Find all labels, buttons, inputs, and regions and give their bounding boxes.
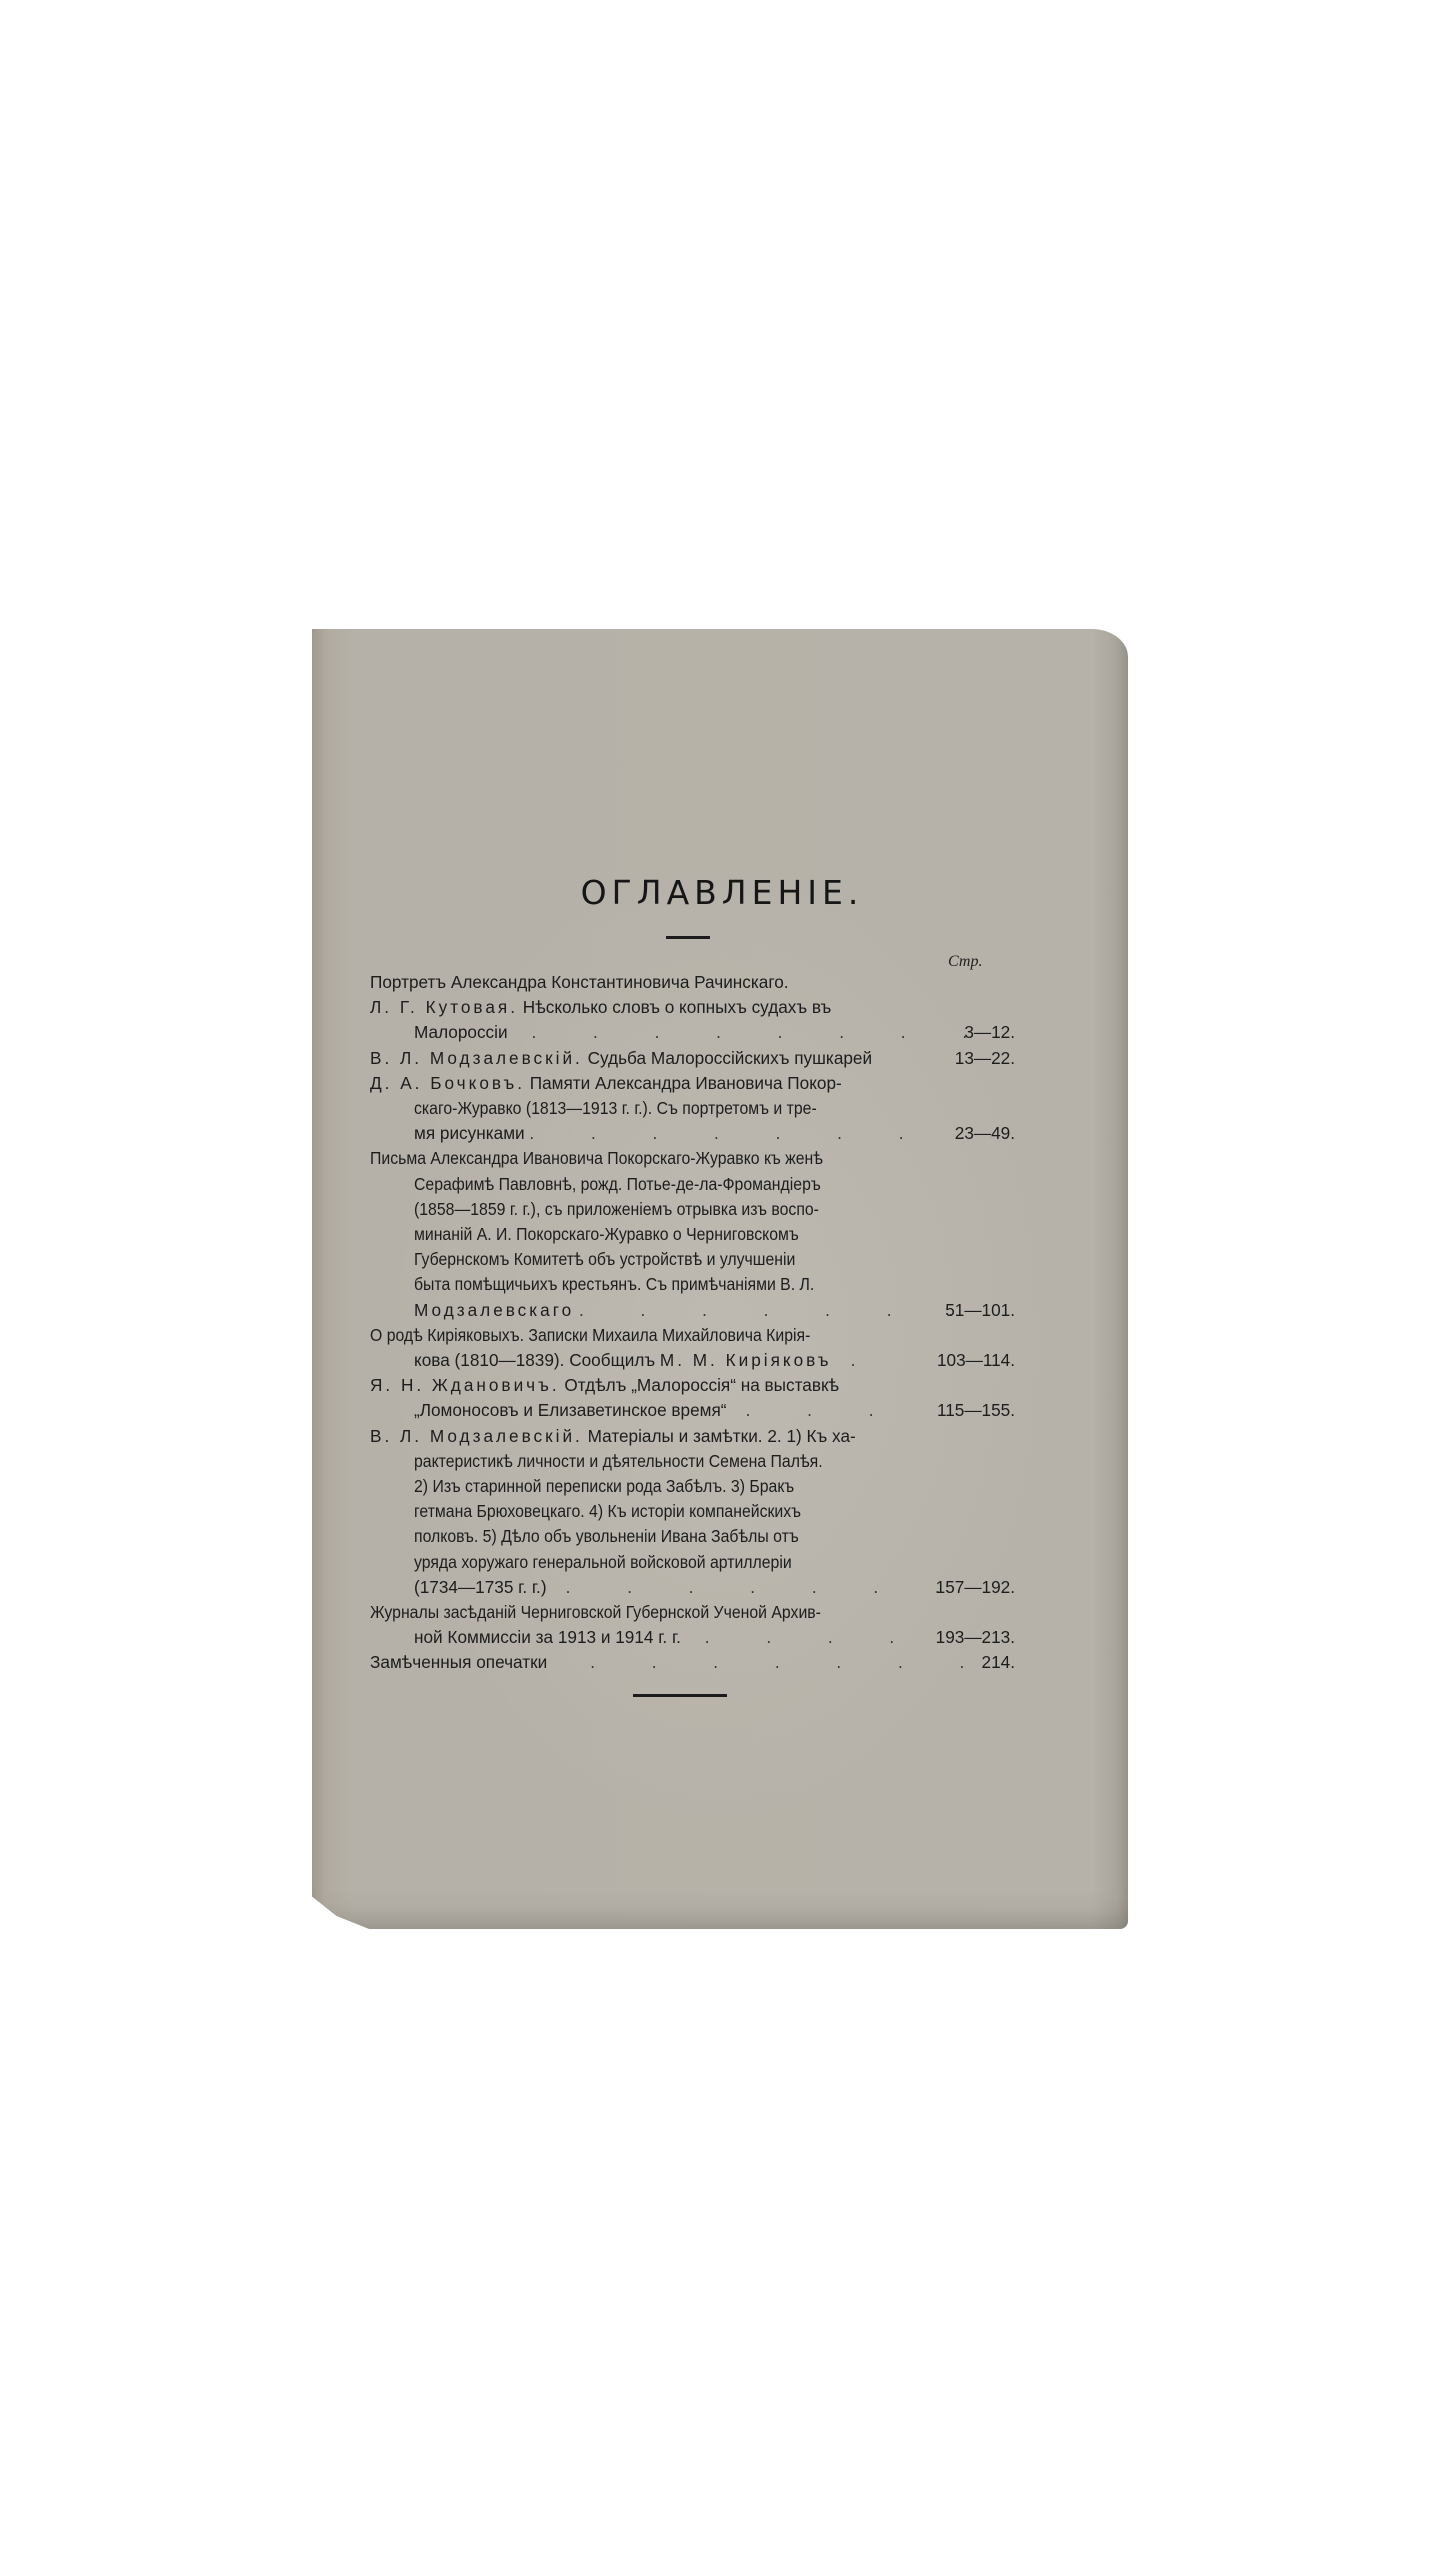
entry-author: Д. А. Бочковъ. (370, 1073, 525, 1093)
entry-pages: 157—192. (918, 1575, 1015, 1600)
entry-pages: 13—22. (918, 1046, 1015, 1071)
entry-line: Малороссіи (414, 1022, 508, 1042)
entry-line: минаній А. И. Покорскаго-Журавко о Черни… (414, 1222, 799, 1247)
toc-entry: О родѣ Киріяковыхъ. Записки Михаила Миха… (370, 1323, 1015, 1373)
entry-line: (1858—1859 г. г.), съ приложеніемъ отрыв… (414, 1197, 819, 1222)
toc-entry: В. Л. Модзалевскій. Судьба Малороссійски… (370, 1046, 1015, 1071)
table-of-contents: Портретъ Александра Константиновича Рачи… (370, 970, 1015, 1676)
entry-author: М. М. Киріяковъ (660, 1350, 832, 1370)
dot-leader: . . . (746, 1400, 900, 1420)
entry-line: Письма Александра Ивановича Покорскаго-Ж… (370, 1146, 823, 1171)
toc-entry: Журналы засѣданій Черниговской Губернско… (370, 1600, 1015, 1650)
entry-line: Замѣченныя опечатки (370, 1652, 547, 1672)
dot-leader: . . . . . . . (566, 1577, 966, 1597)
toc-entry: Портретъ Александра Константиновича Рачи… (370, 970, 1015, 995)
entry-line: О родѣ Киріяковыхъ. Записки Михаила Миха… (370, 1323, 810, 1348)
entry-line: Губернскомъ Комитетѣ объ устройствѣ и ул… (414, 1247, 795, 1272)
entry-pages: 23—49. (918, 1121, 1015, 1146)
entry-pages: 51—101. (918, 1298, 1015, 1323)
entry-line: скаго-Журавко (1813—1913 г. г.). Съ порт… (414, 1096, 817, 1121)
closing-divider (633, 1694, 727, 1697)
entry-line: Судьба Малороссійскихъ пушкарей (588, 1048, 872, 1068)
entry-pages: 3—12. (918, 1020, 1015, 1045)
entry-line: 2) Изъ старинной переписки рода Забѣлъ. … (414, 1474, 794, 1499)
page-title: ОГЛАВЛЕНІЕ. (2, 873, 1440, 912)
entry-author: В. Л. Модзалевскій. (370, 1426, 583, 1446)
toc-entry: В. Л. Модзалевскій. Матеріалы и замѣтки.… (370, 1424, 1015, 1600)
entry-line: Отдѣлъ „Малороссія“ на выставкѣ (564, 1375, 839, 1395)
entry-line: Модзалевскаго (414, 1300, 574, 1320)
entry-author: В. Л. Модзалевскій. (370, 1048, 583, 1068)
entry-line: Матеріалы и замѣтки. 2. 1) Къ ха- (588, 1426, 856, 1446)
toc-entry: Замѣченныя опечатки . . . . . . . 214. (370, 1650, 1015, 1675)
dot-leader: . . . . (705, 1627, 920, 1647)
entry-pages: 115—155. (918, 1398, 1015, 1423)
title-divider (666, 936, 710, 939)
entry-line: кова (1810—1839). Сообщилъ (414, 1350, 655, 1370)
entry-pages: 193—213. (918, 1625, 1015, 1650)
entry-line: (1734—1735 г. г.) (414, 1577, 547, 1597)
toc-entry: Письма Александра Ивановича Покорскаго-Ж… (370, 1146, 1015, 1322)
toc-entry: Я. Н. Ждановичъ. Отдѣлъ „Малороссія“ на … (370, 1373, 1015, 1423)
entry-line: Нѣсколько словъ о копныхъ судахъ въ (523, 997, 831, 1017)
entry-line: полковъ. 5) Дѣло объ увольненіи Ивана За… (414, 1524, 799, 1549)
dot-leader: . (851, 1350, 882, 1370)
entry-line: „Ломоносовъ и Елизаветинское время“ (414, 1400, 727, 1420)
entry-line: Серафимѣ Павловнѣ, рожд. Потье-де-ла-Фро… (414, 1172, 821, 1197)
toc-entry: Д. А. Бочковъ. Памяти Александра Иванови… (370, 1071, 1015, 1147)
entry-pages: 214. (918, 1650, 1015, 1675)
entry-pages: 103—114. (918, 1348, 1015, 1373)
entry-line: Журналы засѣданій Черниговской Губернско… (370, 1600, 821, 1625)
entry-line: уряда хоружаго генеральной войсковой арт… (414, 1550, 792, 1575)
entry-line: гетмана Брюховецкаго. 4) Къ исторіи комп… (414, 1499, 801, 1524)
entry-line: мя рисунками (414, 1123, 525, 1143)
entry-line: ной Коммиссіи за 1913 и 1914 г. г. (414, 1627, 681, 1647)
entry-line: быта помѣщичьихъ крестьянъ. Съ примѣчані… (414, 1272, 814, 1297)
entry-line: Памяти Александра Ивановича Покор- (530, 1073, 842, 1093)
toc-entry: Л. Г. Кутовая. Нѣсколько словъ о копныхъ… (370, 995, 1015, 1045)
entry-author: Я. Н. Ждановичъ. (370, 1375, 560, 1395)
page-column-label: Стр. (948, 953, 982, 971)
entry-line: рактеристикѣ личности и дѣятельности Сем… (414, 1449, 823, 1474)
entry-author: Л. Г. Кутовая. (370, 997, 518, 1017)
entry-line: Портретъ Александра Константиновича Рачи… (370, 970, 918, 995)
